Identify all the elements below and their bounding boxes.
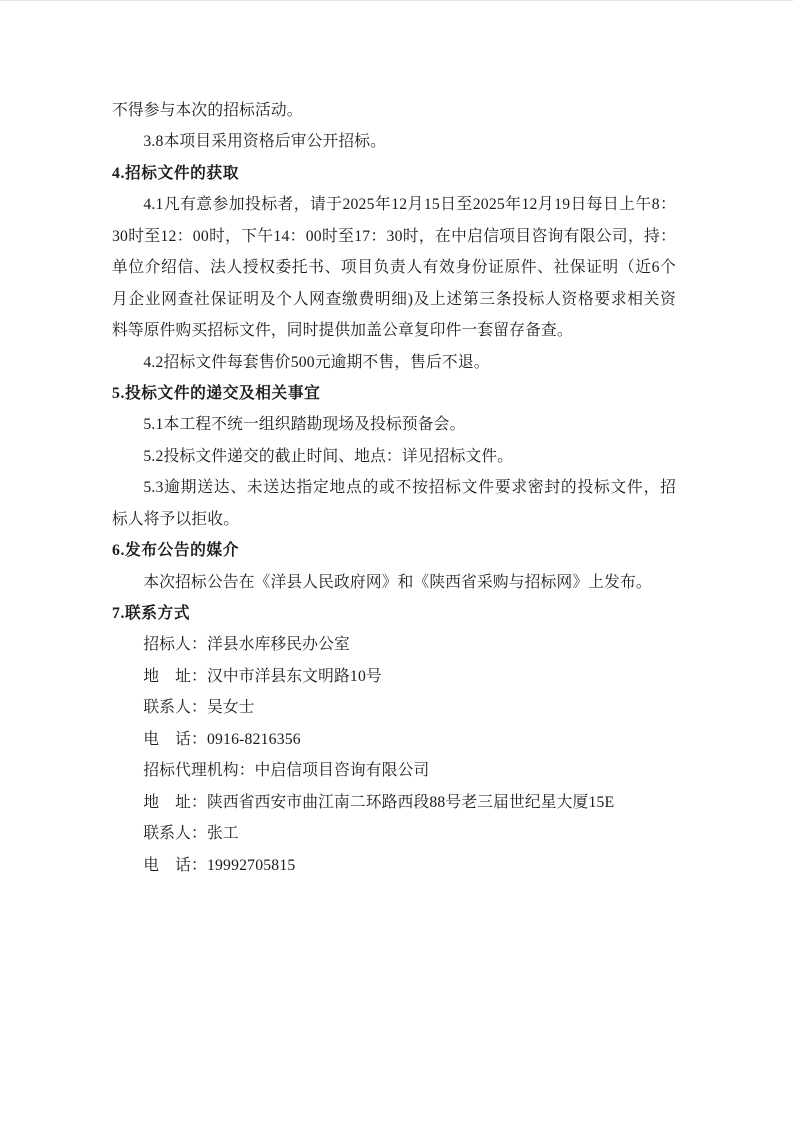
section-heading: 6.发布公告的媒介 xyxy=(112,535,676,566)
paragraph-line: 5.1本工程不统一组织踏勘现场及投标预备会。 xyxy=(112,409,676,440)
paragraph-line: 3.8本项目采用资格后审公开招标。 xyxy=(112,126,676,157)
contact-line: 联系人：张工 xyxy=(112,818,676,849)
paragraph-line: 5.2投标文件递交的截止时间、地点：详见招标文件。 xyxy=(112,441,676,472)
section-heading: 7.联系方式 xyxy=(112,598,676,629)
paragraph-line: 4.2招标文件每套售价500元逾期不售，售后不退。 xyxy=(112,347,676,378)
paragraph-line: 月企业网查社保证明及个人网查缴费明细)及上述第三条投标人资格要求相关资 xyxy=(112,284,676,315)
contact-line: 电 话：0916-8216356 xyxy=(112,724,676,755)
contact-line: 地 址：陕西省西安市曲江南二环路西段88号老三届世纪星大厦15E xyxy=(112,787,676,818)
paragraph-line: 4.1凡有意参加投标者，请于2025年12月15日至2025年12月19日每日上… xyxy=(112,189,676,220)
paragraph-line: 本次招标公告在《洋县人民政府网》和《陕西省采购与招标网》上发布。 xyxy=(112,567,676,598)
document-page: 不得参与本次的招标活动。 3.8本项目采用资格后审公开招标。 4.招标文件的获取… xyxy=(0,0,793,1122)
paragraph-line: 标人将予以拒收。 xyxy=(112,504,676,535)
section-heading: 4.招标文件的获取 xyxy=(112,158,676,189)
paragraph-line: 料等原件购买招标文件，同时提供加盖公章复印件一套留存备查。 xyxy=(112,315,676,346)
section-heading: 5.投标文件的递交及相关事宜 xyxy=(112,378,676,409)
paragraph-line: 不得参与本次的招标活动。 xyxy=(112,95,676,126)
contact-line: 电 话：19992705815 xyxy=(112,850,676,881)
contact-line: 招标代理机构：中启信项目咨询有限公司 xyxy=(112,755,676,786)
contact-line: 招标人：洋县水库移民办公室 xyxy=(112,629,676,660)
paragraph-line: 30时至12：00时，下午14：00时至17：30时，在中启信项目咨询有限公司，… xyxy=(112,221,676,252)
page-top-edge-line xyxy=(0,0,793,1)
contact-line: 联系人：吴女士 xyxy=(112,692,676,723)
paragraph-line: 单位介绍信、法人授权委托书、项目负责人有效身份证原件、社保证明（近6个 xyxy=(112,252,676,283)
document-body: 不得参与本次的招标活动。 3.8本项目采用资格后审公开招标。 4.招标文件的获取… xyxy=(112,95,676,881)
paragraph-line: 5.3逾期送达、未送达指定地点的或不按招标文件要求密封的投标文件，招 xyxy=(112,472,676,503)
contact-line: 地 址：汉中市洋县东文明路10号 xyxy=(112,661,676,692)
